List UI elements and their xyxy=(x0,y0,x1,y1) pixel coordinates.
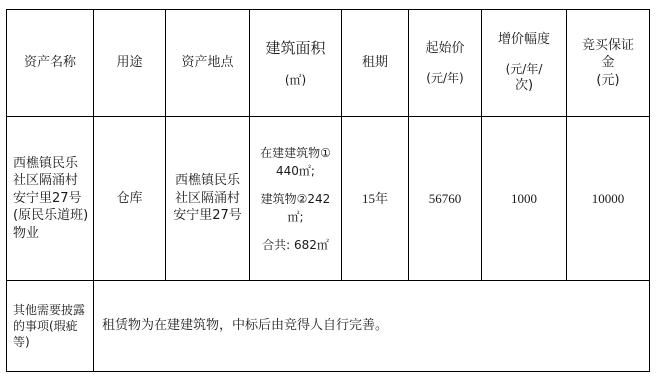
header-row: 资产名称 用途 资产地点 建筑面积 (㎡) 租期 起始价 (元/年) 增价幅度 … xyxy=(7,10,650,117)
header-lease-term: 租期 xyxy=(342,10,409,117)
other-disclosure-text: 租赁物为在建建筑物，中标后由竞得人自行完善。 xyxy=(94,281,650,372)
header-start-price: 起始价 (元/年) xyxy=(409,10,482,117)
other-disclosure-row: 其他需要披露的事项(瑕疵等) 租赁物为在建建筑物，中标后由竞得人自行完善。 xyxy=(7,281,650,372)
cell-location: 西樵镇民乐社区隔涌村安宁里27号 xyxy=(166,117,250,281)
area-item1-value: 440㎡; xyxy=(254,162,337,180)
cell-start-price: 56760 xyxy=(409,117,482,281)
header-deposit: 竞买保证 金 (元) xyxy=(567,10,650,117)
header-area: 建筑面积 (㎡) xyxy=(250,10,342,117)
cell-area: 在建建筑物① 440㎡; 建筑物②242 ㎡; 合共: 682㎡ xyxy=(250,117,342,281)
asset-lease-table: 资产名称 用途 资产地点 建筑面积 (㎡) 租期 起始价 (元/年) 增价幅度 … xyxy=(6,9,650,372)
area-unit: (㎡) xyxy=(254,72,337,88)
cell-asset-name: 西樵镇民乐社区隔涌村安宁里27号(原民乐道班)物业 xyxy=(7,117,94,281)
increment-unit-2: 次) xyxy=(486,77,562,95)
area-title: 建筑面积 xyxy=(265,39,325,57)
deposit-unit: (元) xyxy=(571,72,645,90)
other-disclosure-label: 其他需要披露的事项(瑕疵等) xyxy=(7,281,94,372)
start-price-unit: (元/年) xyxy=(413,70,477,86)
start-price-title: 起始价 xyxy=(425,41,464,56)
header-asset-name: 资产名称 xyxy=(7,10,94,117)
cell-lease-term: 15年 xyxy=(342,117,409,281)
header-usage: 用途 xyxy=(94,10,166,117)
area-total: 合共: 682㎡ xyxy=(254,236,337,254)
area-item1-label: 在建建筑物① xyxy=(254,144,337,162)
increment-title: 增价幅度 xyxy=(498,32,550,47)
cell-increment: 1000 xyxy=(482,117,567,281)
cell-deposit: 10000 xyxy=(567,117,650,281)
table-row: 西樵镇民乐社区隔涌村安宁里27号(原民乐道班)物业 仓库 西樵镇民乐社区隔涌村安… xyxy=(7,117,650,281)
cell-usage: 仓库 xyxy=(94,117,166,281)
area-item2-value: ㎡; xyxy=(254,208,337,226)
header-location: 资产地点 xyxy=(166,10,250,117)
deposit-title-1: 竞买保证 xyxy=(571,37,645,55)
deposit-title-2: 金 xyxy=(571,54,645,72)
area-item2-label: 建筑物②242 xyxy=(254,190,337,208)
header-increment: 增价幅度 (元/年/ 次) xyxy=(482,10,567,117)
increment-unit-1: (元/年/ xyxy=(486,61,562,77)
